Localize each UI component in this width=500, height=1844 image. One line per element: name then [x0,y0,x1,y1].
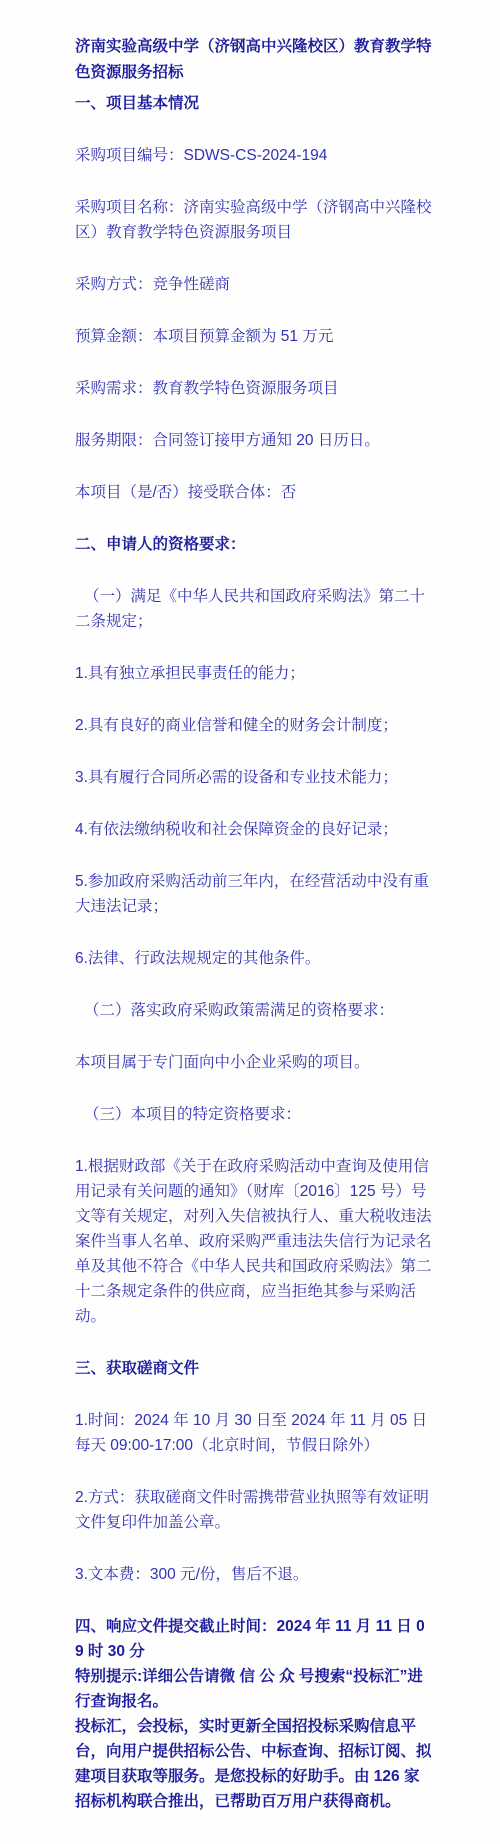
section-3-heading: 三、获取磋商文件 [75,1356,432,1381]
consortium-acceptance: 本项目（是/否）接受联合体：否 [75,480,432,505]
section-2-heading: 二、申请人的资格要求： [75,532,432,557]
qualification-policy-heading: （二）落实政府采购政策需满足的资格要求： [75,998,432,1023]
qualification-specific-heading: （三）本项目的特定资格要求： [75,1102,432,1127]
qualification-item-6: 6.法律、行政法规规定的其他条件。 [75,946,432,971]
file-acquisition-time: 1.时间：2024 年 10 月 30 日至 2024 年 11 月 05 日每… [75,1408,432,1458]
procurement-requirement: 采购需求：教育教学特色资源服务项目 [75,376,432,401]
special-notice: 特别提示:详细公告请微 信 公 众 号搜索“投标汇”进行查询报名。 [75,1664,432,1714]
qualification-general: （一）满足《中华人民共和国政府采购法》第二十二条规定； [75,584,432,634]
procurement-method: 采购方式：竞争性磋商 [75,272,432,297]
budget-amount: 预算金额：本项目预算金额为 51 万元 [75,324,432,349]
project-number: 采购项目编号：SDWS-CS-2024-194 [75,143,432,168]
document-title: 济南实验高级中学（济钢高中兴隆校区）教育教学特色资源服务招标 [75,34,432,86]
service-period: 服务期限：合同签订接甲方通知 20 日历日。 [75,428,432,453]
procurement-announcement-document: 济南实验高级中学（济钢高中兴隆校区）教育教学特色资源服务招标 一、项目基本情况 … [0,0,500,1844]
section-1-heading: 一、项目基本情况 [75,91,432,116]
qualification-item-3: 3.具有履行合同所必需的设备和专业技术能力； [75,765,432,790]
credit-record-requirement: 1.根据财政部《关于在政府采购活动中查询及使用信用记录有关问题的通知》（财库〔2… [75,1154,432,1329]
qualification-item-5: 5.参加政府采购活动前三年内，在经营活动中没有重大违法记录； [75,869,432,919]
file-acquisition-method: 2.方式：获取磋商文件时需携带营业执照等有效证明文件复印件加盖公章。 [75,1485,432,1535]
qualification-item-4: 4.有依法缴纳税收和社会保障资金的良好记录； [75,817,432,842]
project-name: 采购项目名称：济南实验高级中学（济钢高中兴隆校区）教育教学特色资源服务项目 [75,195,432,245]
qualification-item-1: 1.具有独立承担民事责任的能力； [75,661,432,686]
platform-promotion: 投标汇，会投标，实时更新全国招投标采购信息平台，向用户提供招标公告、中标查询、招… [75,1714,432,1814]
submission-deadline-heading: 四、响应文件提交截止时间：2024 年 11 月 11 日 09 时 30 分 [75,1614,432,1664]
document-fee: 3.文本费：300 元/份，售后不退。 [75,1562,432,1587]
sme-note: 本项目属于专门面向中小企业采购的项目。 [75,1050,432,1075]
qualification-item-2: 2.具有良好的商业信誉和健全的财务会计制度； [75,713,432,738]
